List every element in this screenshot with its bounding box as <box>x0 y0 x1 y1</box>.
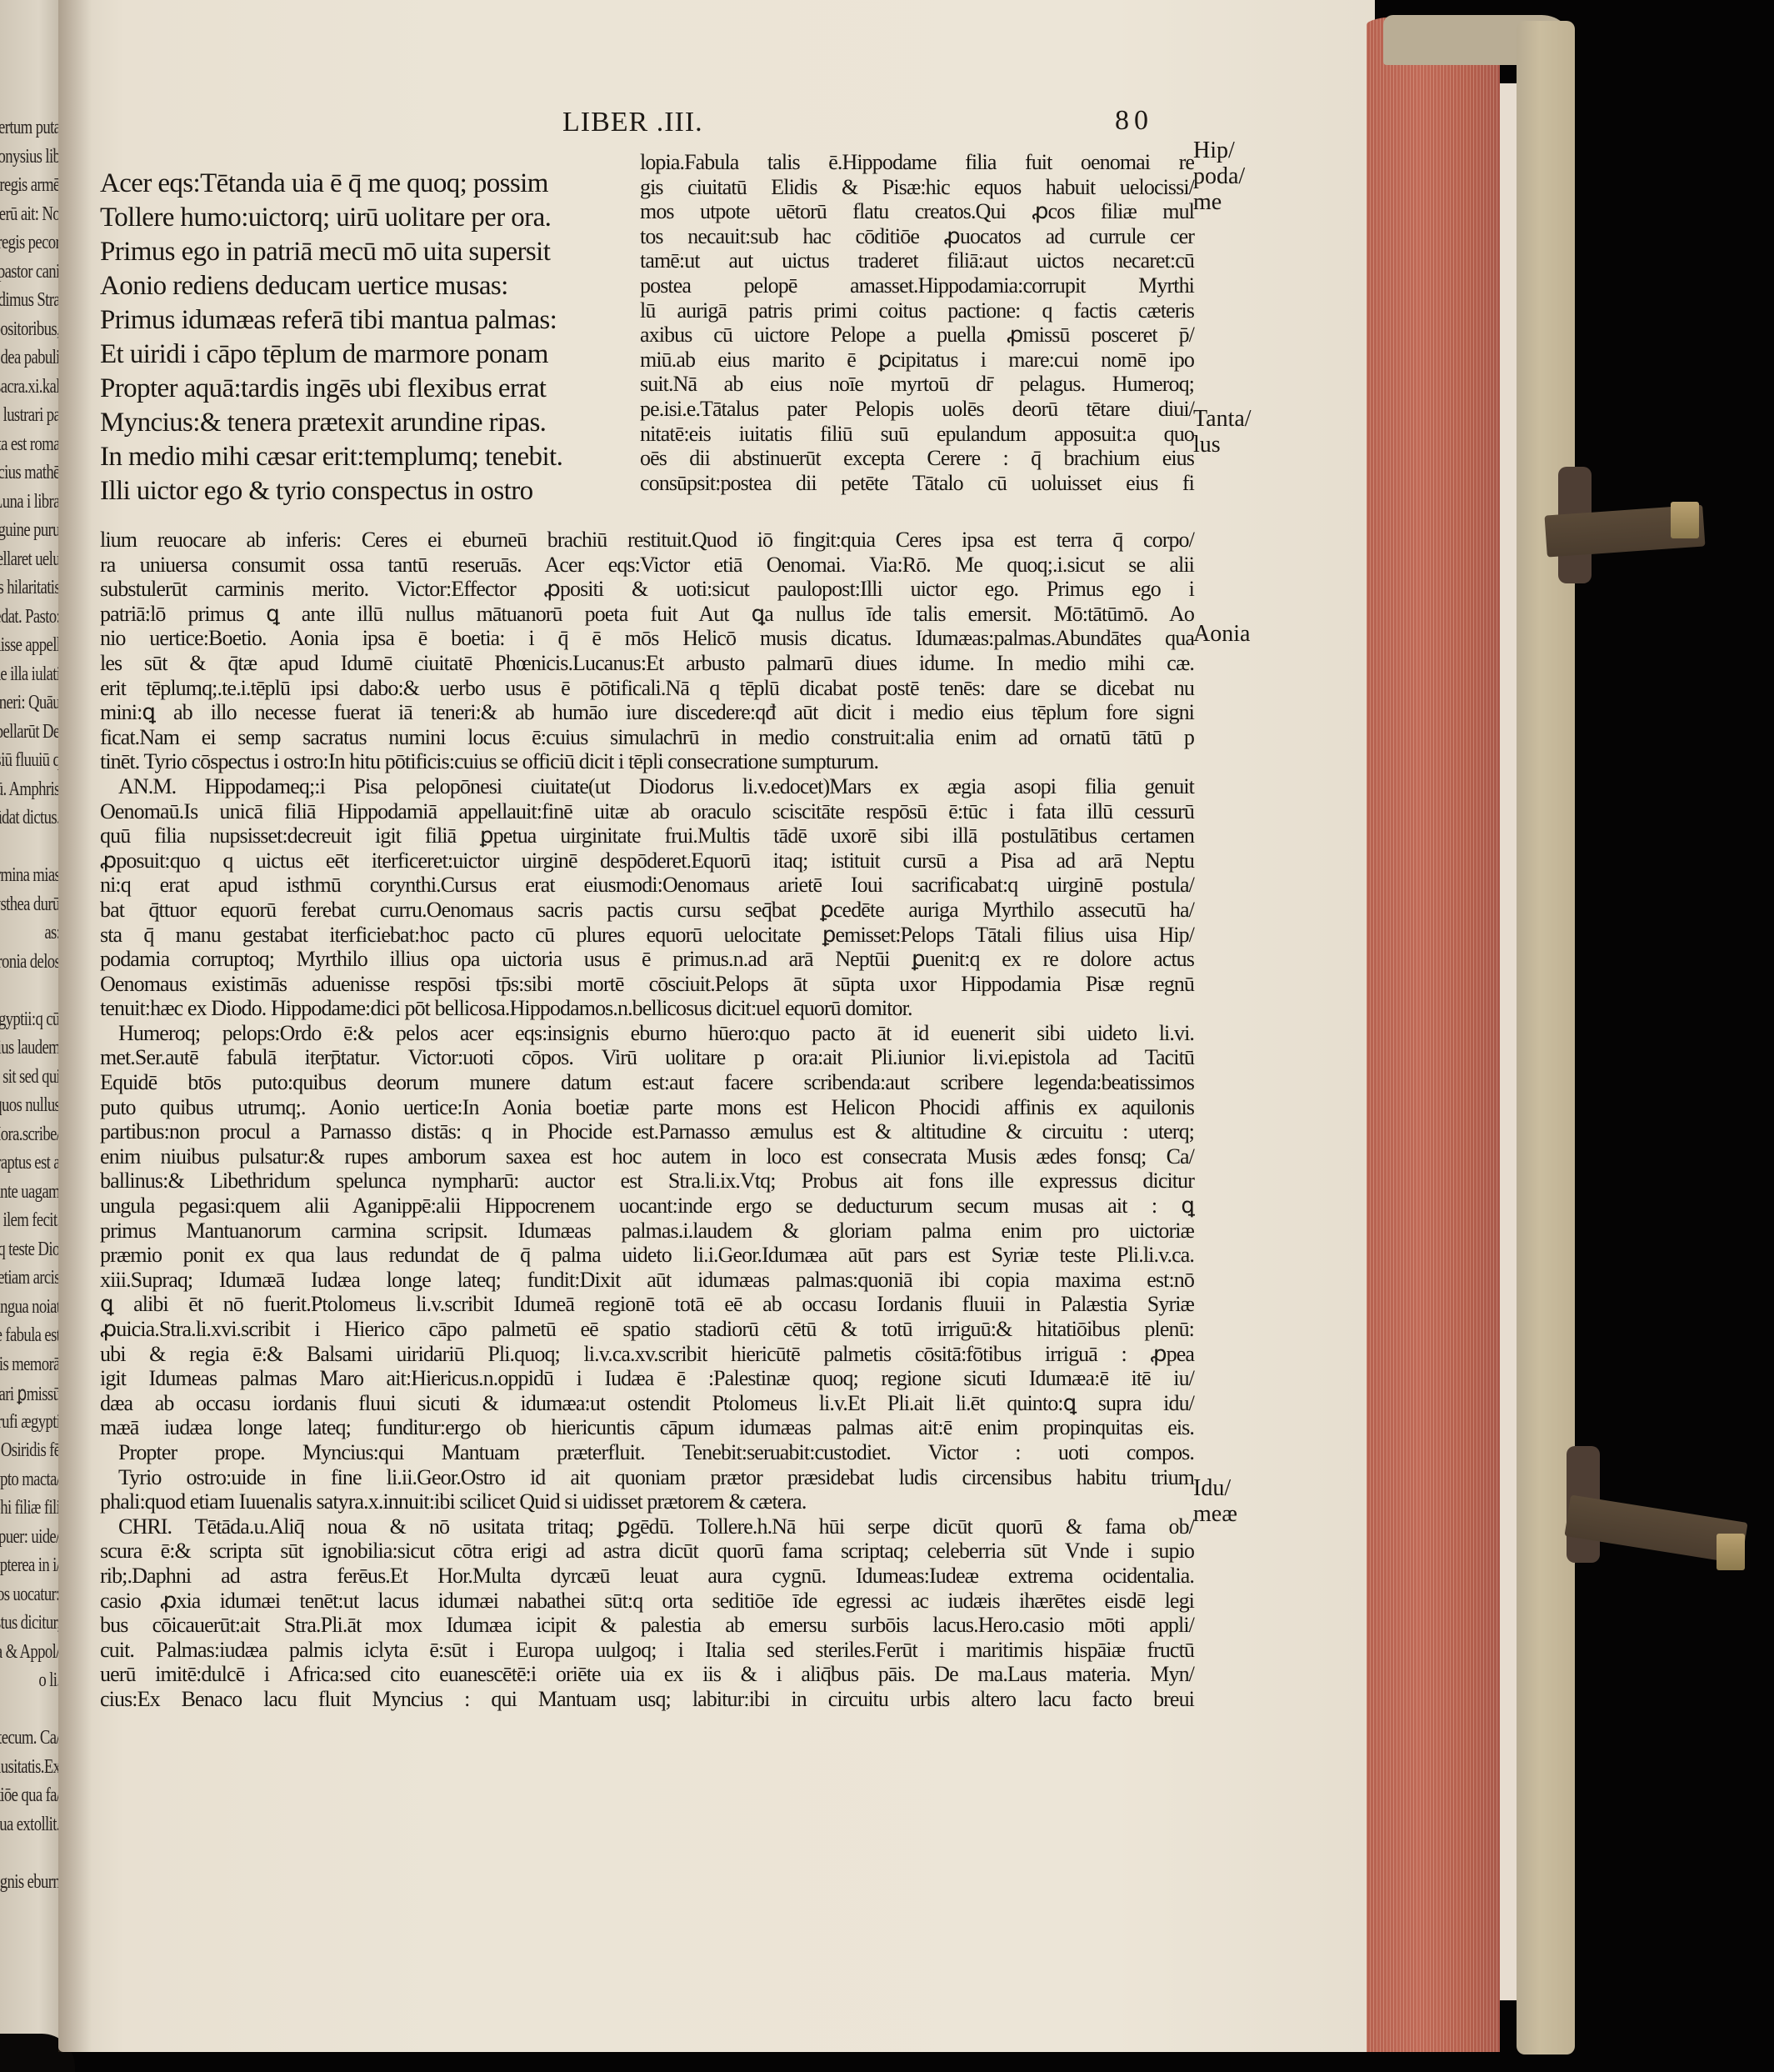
verse-line: Tollere humo:uictorq; uirū uolitare per … <box>100 201 625 235</box>
commentary-line: partibus:non procul a Parnasso distās: q… <box>100 1119 1194 1144</box>
left-page-text-line: positoribus, <box>0 318 60 341</box>
left-page-text-line: us:raptus est a <box>0 1152 60 1174</box>
left-page-text-line: rex.q teste Dio <box>0 1239 60 1261</box>
commentary-line: podamia corruptoq; Myrthilo illius opa u… <box>100 947 1194 972</box>
commentary-line: ficat.Nam ei semp sacratus numini locus … <box>100 725 1194 750</box>
left-page-text-line: genus hilaritatis <box>0 577 60 599</box>
commentary-right-column: lopia.Fabula talis ē.Hippodame filia fui… <box>640 150 1194 495</box>
commentary-line: mini:ꝗ ab illo necesse fuerat iā teneri:… <box>100 700 1194 725</box>
commentary-line: tinēt. Tyrio cōspectus i ostro:In hitu p… <box>100 749 1194 774</box>
left-page-text-line: neti regis armē <box>0 174 60 197</box>
verse-line: In medio mihi cæsar erit:templumq; teneb… <box>100 440 625 474</box>
commentary-line: pe.isi.e.Tātalus pater Pelopis uolēs deo… <box>640 397 1194 422</box>
commentary-line: phali:quod etiam Iuuenalis satyra.x.innu… <box>100 1489 1194 1514</box>
left-page-text-line: it ægyptii:q cū <box>0 1008 60 1031</box>
commentary-line: lium reuocare ab inferis: Ceres ei eburn… <box>100 528 1194 553</box>
commentary-line: scura ē:& scripta sūt ignobilia:sicut cō… <box>100 1539 1194 1564</box>
commentary-line: sta q̄ manu gestabat iterficiebat:hoc pa… <box>100 923 1194 948</box>
left-page-text-line: e dierū ait: No <box>0 203 60 226</box>
commentary-line: casio ꝓxia idumæi tenēt:ut lacus idumæi … <box>100 1589 1194 1614</box>
verse-line: Myncius:& tenera prætexit arundine ripas… <box>100 406 625 440</box>
left-page-text-line: o li. <box>38 1669 60 1692</box>
commentary-line: AN.M. Hippodameq;:i Pisa pelopōnesi ciui… <box>100 774 1194 799</box>
left-page-text-line: ūdat dictus. <box>0 807 60 829</box>
commentary-line: axibus cū uictore Pelope a puella ꝓmissū… <box>640 323 1194 348</box>
left-page-text-line: acro lustrari pa <box>0 404 60 427</box>
commentary-line: consūpsit:postea dii petēte Tātalo cū uo… <box>640 471 1194 496</box>
verse-line: Primus ego in patriā mecū mō uita supers… <box>100 235 625 269</box>
left-page-text-line: orū pastor cani <box>0 261 60 283</box>
left-page-text-line: it imolari ꝑmissū <box>0 1382 60 1406</box>
commentary-line: Oenomaus existimās aduenisse respōsi tp̄… <box>100 972 1194 997</box>
left-page-text-line: hæc dea pabuli <box>0 347 60 369</box>
left-page-text-line: ilem fecit. <box>2 1209 60 1232</box>
commentary-line: mos utpote uētorū flatu creatos.Qui ꝓcos… <box>640 199 1194 224</box>
commentary-line: met.Ser.autē fabulā iterp̄tatur. Victor:… <box>100 1045 1194 1070</box>
commentary-line: Propter prope. Myncius:qui Mantuam præte… <box>100 1440 1194 1465</box>
left-page-text-line: nfimus tecum. Ca/ <box>0 1727 60 1749</box>
verse-line: Primus idumæas referā tibi mantua palmas… <box>100 303 625 338</box>
left-page-text-line: :Sed propterea in i/ <box>0 1554 60 1577</box>
commentary-line: bus cōicauerūt:ait Stra.Pli.āt mox Idumæ… <box>100 1613 1194 1638</box>
left-page-text-line: a lingua noiat <box>0 1296 60 1319</box>
left-page-text-line: ronia delos <box>0 951 60 973</box>
left-page-text-line: egit etiam arcis <box>0 1267 60 1289</box>
commentary-line: gis ciuitatū Elidis & Pisæ:hic equos hab… <box>640 175 1194 200</box>
left-page-text-line: ueneri: Quāu <box>0 692 60 714</box>
left-page-text-line: ryæ epaphi filiæ fili <box>0 1497 60 1519</box>
commentary-line: oēs dii abstinuerūt excepta Cerere : q̄ … <box>640 446 1194 471</box>
left-page-text-line: re sua extollit. <box>0 1814 60 1836</box>
commentary-line: cius:Ex Benaco lacu fluit Myncius : qui … <box>100 1687 1194 1712</box>
left-page-text-line: ops isignis eburn <box>0 1871 60 1894</box>
left-page-text-line: sanguine puru <box>0 519 60 542</box>
left-page-text-line: uic sacra.xi.kal <box>0 376 60 398</box>
left-page-text-line: phrisiū fluuiū q <box>0 749 60 772</box>
marginal-note: Tanta/ lus <box>1193 406 1252 458</box>
commentary-line: Tyrio ostro:uide in fine li.ii.Geor.Ostr… <box>100 1465 1194 1490</box>
left-page-text-line: rysthea durū <box>0 893 60 916</box>
left-page-text-line: credat. Pasto: <box>0 606 60 628</box>
commentary-line: ꝗ alibi ēt nō fuerit.Ptolomeus li.v.scri… <box>100 1292 1194 1317</box>
commentary-line: ra uniuersa consumit ossa tantū reseruās… <box>100 553 1194 578</box>
commentary-line: Equidē btōs puto:quibus deorum munere da… <box>100 1070 1194 1095</box>
verse-line: Et uiridi i cāpo tēplum de marmore ponam <box>100 338 625 372</box>
gutter-shadow <box>58 0 92 2052</box>
commentary-line: primus Mantuanorum carmina scripsit. Idu… <box>100 1219 1194 1244</box>
clasp-brass-tip-upper <box>1671 502 1699 538</box>
left-page-text-line: ndita est roma <box>0 433 60 456</box>
commentary-line: Humeroq; pelops:Ordo ē:& pelos acer eqs:… <box>100 1021 1194 1046</box>
commentary-line: cuit. Palmas:iudæa palmis iclyta ē:sūt i… <box>100 1638 1194 1663</box>
commentary-line: præmio ponit ex qua laus redundat de q̄ … <box>100 1243 1194 1268</box>
commentary-line: Oenomaū.Is unicā filiā Hippodamiā appell… <box>100 799 1194 824</box>
left-page-text-line: : unde fabula est <box>0 1324 60 1347</box>
commentary-line: substulerūt carminis merito. Victor:Effe… <box>100 577 1194 602</box>
commentary-line: ꝓuicia.Stra.li.xvi.scribit i Hierico cāp… <box>100 1317 1194 1342</box>
commentary-line: lopia.Fabula talis ē.Hippodame filia fui… <box>640 150 1194 175</box>
commentary-line: suit.Nā ab eius noīe myrtoū dr̄ pelagus.… <box>640 372 1194 397</box>
commentary-line: nio uertice:Boetio. Aonia ipsa ē boetia:… <box>100 626 1194 651</box>
left-page-text-line: ideo Delos uocatur: <box>0 1584 60 1606</box>
verse-line: Illi uictor ego & tyrio conspectus in os… <box>100 474 625 508</box>
left-page-text-line: us de illa iulati <box>0 663 60 686</box>
red-fore-edge <box>1367 17 1500 2052</box>
left-page-text-line: manifestus dicitur, <box>0 1612 60 1634</box>
verse-line: Acer eqs:Tētanda uia ē q̄ me quoq; possi… <box>100 167 625 201</box>
commentary-line: lū aurigā patris primi coitus pactione: … <box>640 298 1194 323</box>
left-facing-page-fragment: ncertum putaDionysius libneti regis armē… <box>0 0 65 2072</box>
commentary-line: CHRI. Tētāda.u.Aliq̄ noua & nō usitata t… <box>100 1514 1194 1539</box>
left-page-text-line: Hylas puer: uide/ <box>0 1526 60 1549</box>
left-page-text-line: a ante uagam <box>0 1181 60 1204</box>
left-page-text-line: appellarūt De <box>0 721 60 743</box>
commentary-line: dæa ab occasu iordanis fluui sicuti & id… <box>100 1391 1194 1416</box>
left-page-text-line: aruncius mathē <box>0 462 60 484</box>
left-page-text-line: ū. Amphris <box>0 778 60 801</box>
commentary-line: tenuit:hæc ex Diodo. Hippodame:dici pōt … <box>100 996 1194 1021</box>
verse-block: Acer eqs:Tētanda uia ē q̄ me quoq; possi… <box>100 167 625 508</box>
left-page-text-line: pauci rufi ægypti <box>0 1411 60 1434</box>
page-block-edge <box>1500 83 1518 2000</box>
commentary-line: erit tēplumq;.te.i.tēplū ipsi dabo:& uer… <box>100 676 1194 701</box>
left-page-text-line: nō sit sed qui <box>0 1066 60 1089</box>
commentary-line: puto quibus utrumq;. Aonio uertice:In Ao… <box>100 1095 1194 1120</box>
commentary-line: enim niuibus pulsatur:& rupes amborum sa… <box>100 1144 1194 1169</box>
verse-line: Aonio rediens deducam uertice musas: <box>100 269 625 303</box>
marginal-note: Aonia <box>1193 621 1250 647</box>
left-page-text-line: ostendimus Stra <box>0 289 60 312</box>
left-page-text-line: ncertum puta <box>0 117 60 139</box>
commentary-line: ungula pegasi:quem alii Aganippē:alii Hi… <box>100 1194 1194 1219</box>
commentary-line: ubi & regia ē:& Balsami uiridariū Pli.qu… <box>100 1342 1194 1367</box>
commentary-line: tamē:ut aut uictus traderet filiā:aut ui… <box>640 248 1194 273</box>
commentary-line: xiii.Supraq; Idumæā Iudæa longe lateq; f… <box>100 1268 1194 1293</box>
commentary-line: rib;.Daphni ad astra ferēus.Et Hor.Multa… <box>100 1564 1194 1589</box>
commentary-full-width: lium reuocare ab inferis: Ceres ei eburn… <box>100 528 1194 1712</box>
left-page-text-line: ro: Luna i libra <box>0 491 60 513</box>
left-page-text-line: tis atq; inusitatis.Ex <box>0 1756 60 1779</box>
vellum-binding <box>1517 21 1575 2054</box>
left-page-text-line: Hora.scribe/ <box>0 1124 60 1146</box>
commentary-line: ballinus:& Libethridum spelunca nympharū… <box>100 1169 1194 1194</box>
commentary-line: ꝓposuit:quo q uictus eēt iterficeret:uic… <box>100 848 1194 873</box>
commentary-line: postea pelopē amasset.Hippodamia:corrupi… <box>640 273 1194 298</box>
left-page-text-line: neti regis pecor <box>0 232 60 254</box>
left-page-text-line: eptoris memorā <box>0 1354 60 1376</box>
commentary-line: bat q̄ttuor equorū ferebat curru.Oenomau… <box>100 898 1194 923</box>
left-page-text-line: Dionysius lib <box>0 146 60 168</box>
commentary-line: miū.ab eius marito ē ꝑcipitatus i mare:c… <box>640 348 1194 373</box>
commentary-line: tos necauit:sub hac cōditiōe ꝓuocatos ad… <box>640 224 1194 249</box>
commentary-line: nitatē:eis iuitatis filiū suū epulandum … <box>640 422 1194 447</box>
left-page-text-line: ē i ægypto macta/ <box>0 1469 60 1491</box>
left-page-text-line: quos nullus <box>0 1094 60 1117</box>
left-page-text-line: ano posita & Appol/ <box>0 1641 60 1664</box>
left-page-text-line: ti occupatiōe qua fa/ <box>0 1784 60 1807</box>
folio-number: 80 <box>1115 105 1153 137</box>
left-page-text-line: fluuius laudem <box>0 1037 60 1059</box>
commentary-line: uerū imitē:dulcē i Africa:sed cito euane… <box>100 1662 1194 1687</box>
left-page-text-line: affected Osiridis fē <box>0 1439 60 1462</box>
verse-line: Propter aquā:tardis ingēs ubi flexibus e… <box>100 372 625 406</box>
left-page-text-line: bit fuisse appell <box>0 634 60 657</box>
commentary-line: patriā:lō primus ꝗ ante illū nullus mātu… <box>100 602 1194 627</box>
commentary-line: igit Idumeas palmas Maro ait:Hiericus.n.… <box>100 1366 1194 1391</box>
commentary-line: ni:q erat apud isthmū corynthi.Cursus er… <box>100 873 1194 898</box>
commentary-line: les sūt & q̄tæ apud Idumē ciuitatē Phœni… <box>100 651 1194 676</box>
marginal-note: Idu/ meæ <box>1193 1475 1237 1527</box>
left-page-text-line: appellaret uelu <box>0 548 60 571</box>
left-page-text-line: armina mias <box>0 864 60 887</box>
running-head: LIBER .III. <box>562 107 703 138</box>
clasp-brass-tip-lower <box>1717 1534 1745 1570</box>
commentary-line: mæā iudæa longe lateq; funditur:ergo ob … <box>100 1415 1194 1440</box>
marginal-note: Hip/ poda/ me <box>1193 138 1245 215</box>
commentary-line: quū filia nupsisset:decreuit igit filiā … <box>100 823 1194 848</box>
